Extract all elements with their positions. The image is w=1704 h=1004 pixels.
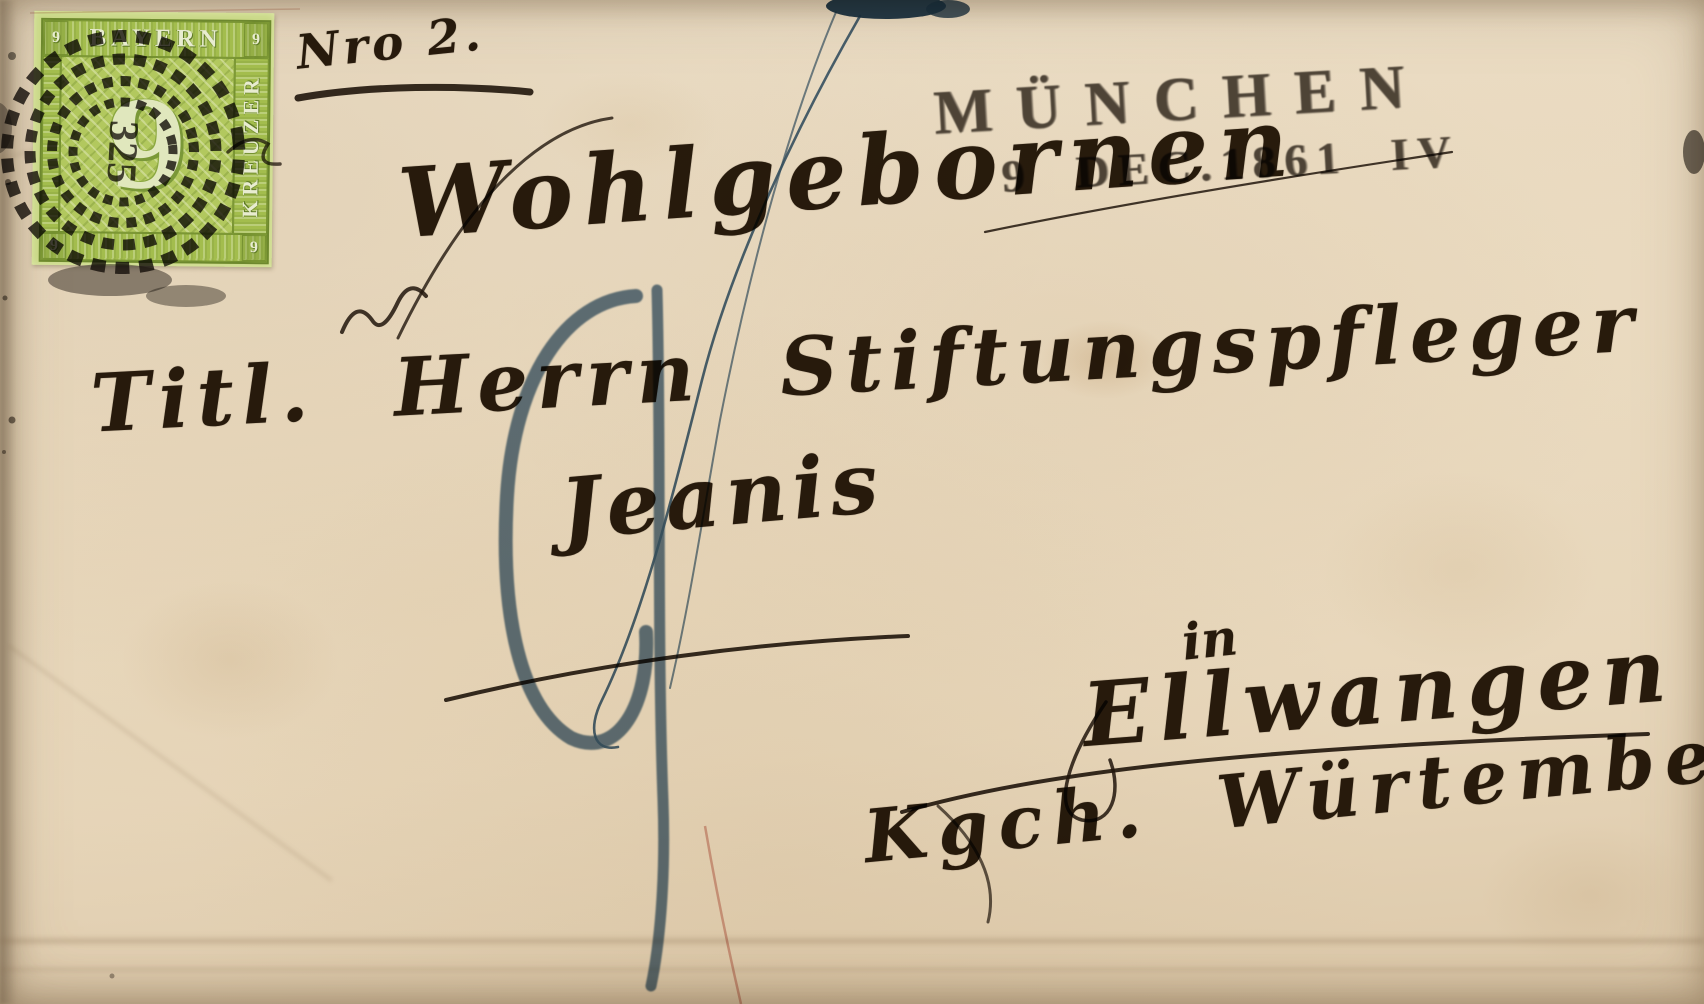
stamp-currency-label: KREUZER: [237, 74, 265, 218]
stamp-bottom-band: 9 9: [41, 232, 267, 262]
stamp-center-panel: 9: [59, 56, 235, 234]
stamp-corner-numeral: 9: [42, 233, 66, 259]
left-torn-edge: [0, 0, 16, 1004]
stamp-value-numeral: 9: [104, 74, 189, 215]
stamp-top-band: 9 BAYERN 9: [43, 20, 269, 58]
bavaria-stamp: 9 BAYERN 9 9 KREUZER 9 9: [32, 11, 275, 267]
envelope-scan: 9 BAYERN 9 9 KREUZER 9 9 325: [0, 0, 1704, 1004]
stamp-corner-numeral: 9: [242, 235, 266, 261]
stamp-right-band: KREUZER: [233, 58, 269, 234]
stamp-country-label: BAYERN: [89, 24, 223, 53]
stamp-design: 9 BAYERN 9 9 KREUZER 9 9: [39, 18, 272, 264]
stamp-left-ornament-band: [41, 56, 61, 232]
stamp-corner-numeral: 9: [44, 21, 68, 55]
stamp-corner-numeral: 9: [244, 23, 268, 57]
